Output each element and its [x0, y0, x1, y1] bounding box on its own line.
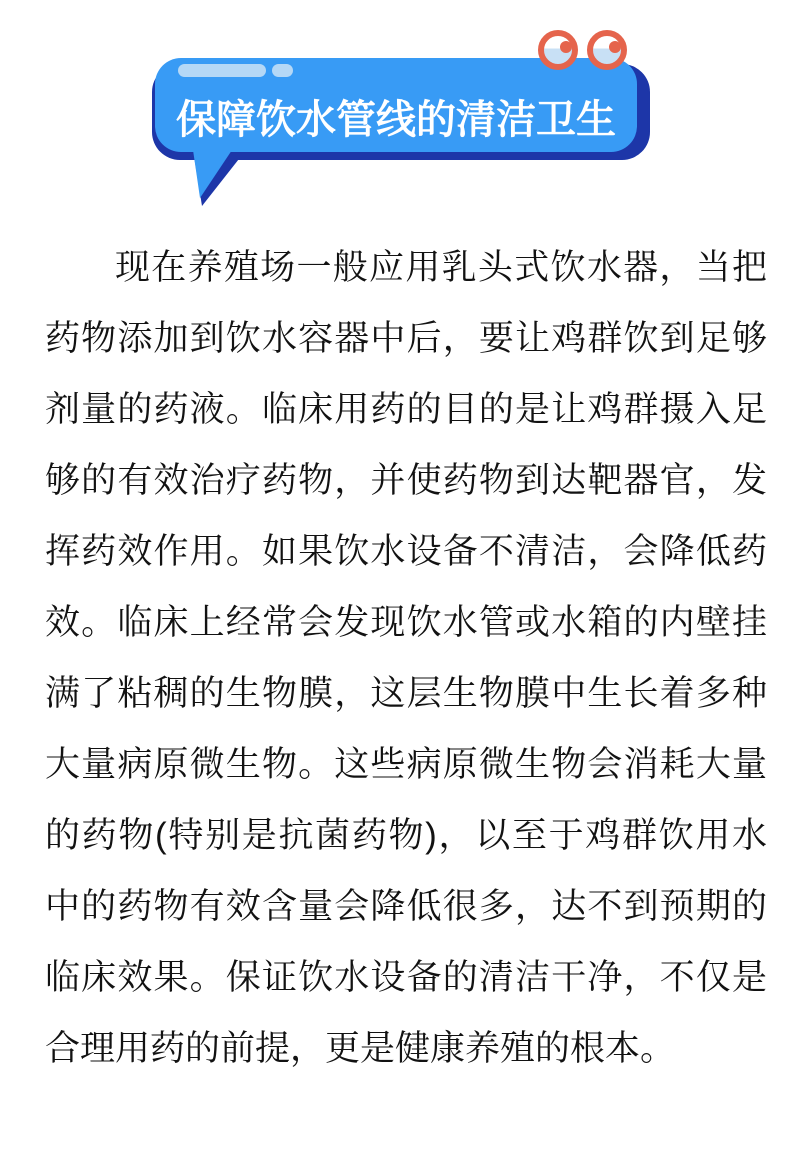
eye-pupil-icon [609, 41, 621, 53]
section-title: 保障饮水管线的清洁卫生 [176, 66, 616, 145]
dash-icon [272, 64, 293, 77]
eye-icon [587, 30, 627, 70]
eye-pupil-icon [560, 41, 572, 53]
dash-icon [178, 64, 266, 77]
article-page: 保障饮水管线的清洁卫生 现在养殖场一般应用乳头式饮水器，当把药物添加到饮水容器中… [0, 0, 810, 1174]
article-paragraph: 现在养殖场一般应用乳头式饮水器，当把药物添加到饮水容器中后，要让鸡群饮到足够剂量… [45, 232, 767, 1084]
bubble-tail [193, 150, 253, 210]
eye-icon [538, 30, 578, 70]
